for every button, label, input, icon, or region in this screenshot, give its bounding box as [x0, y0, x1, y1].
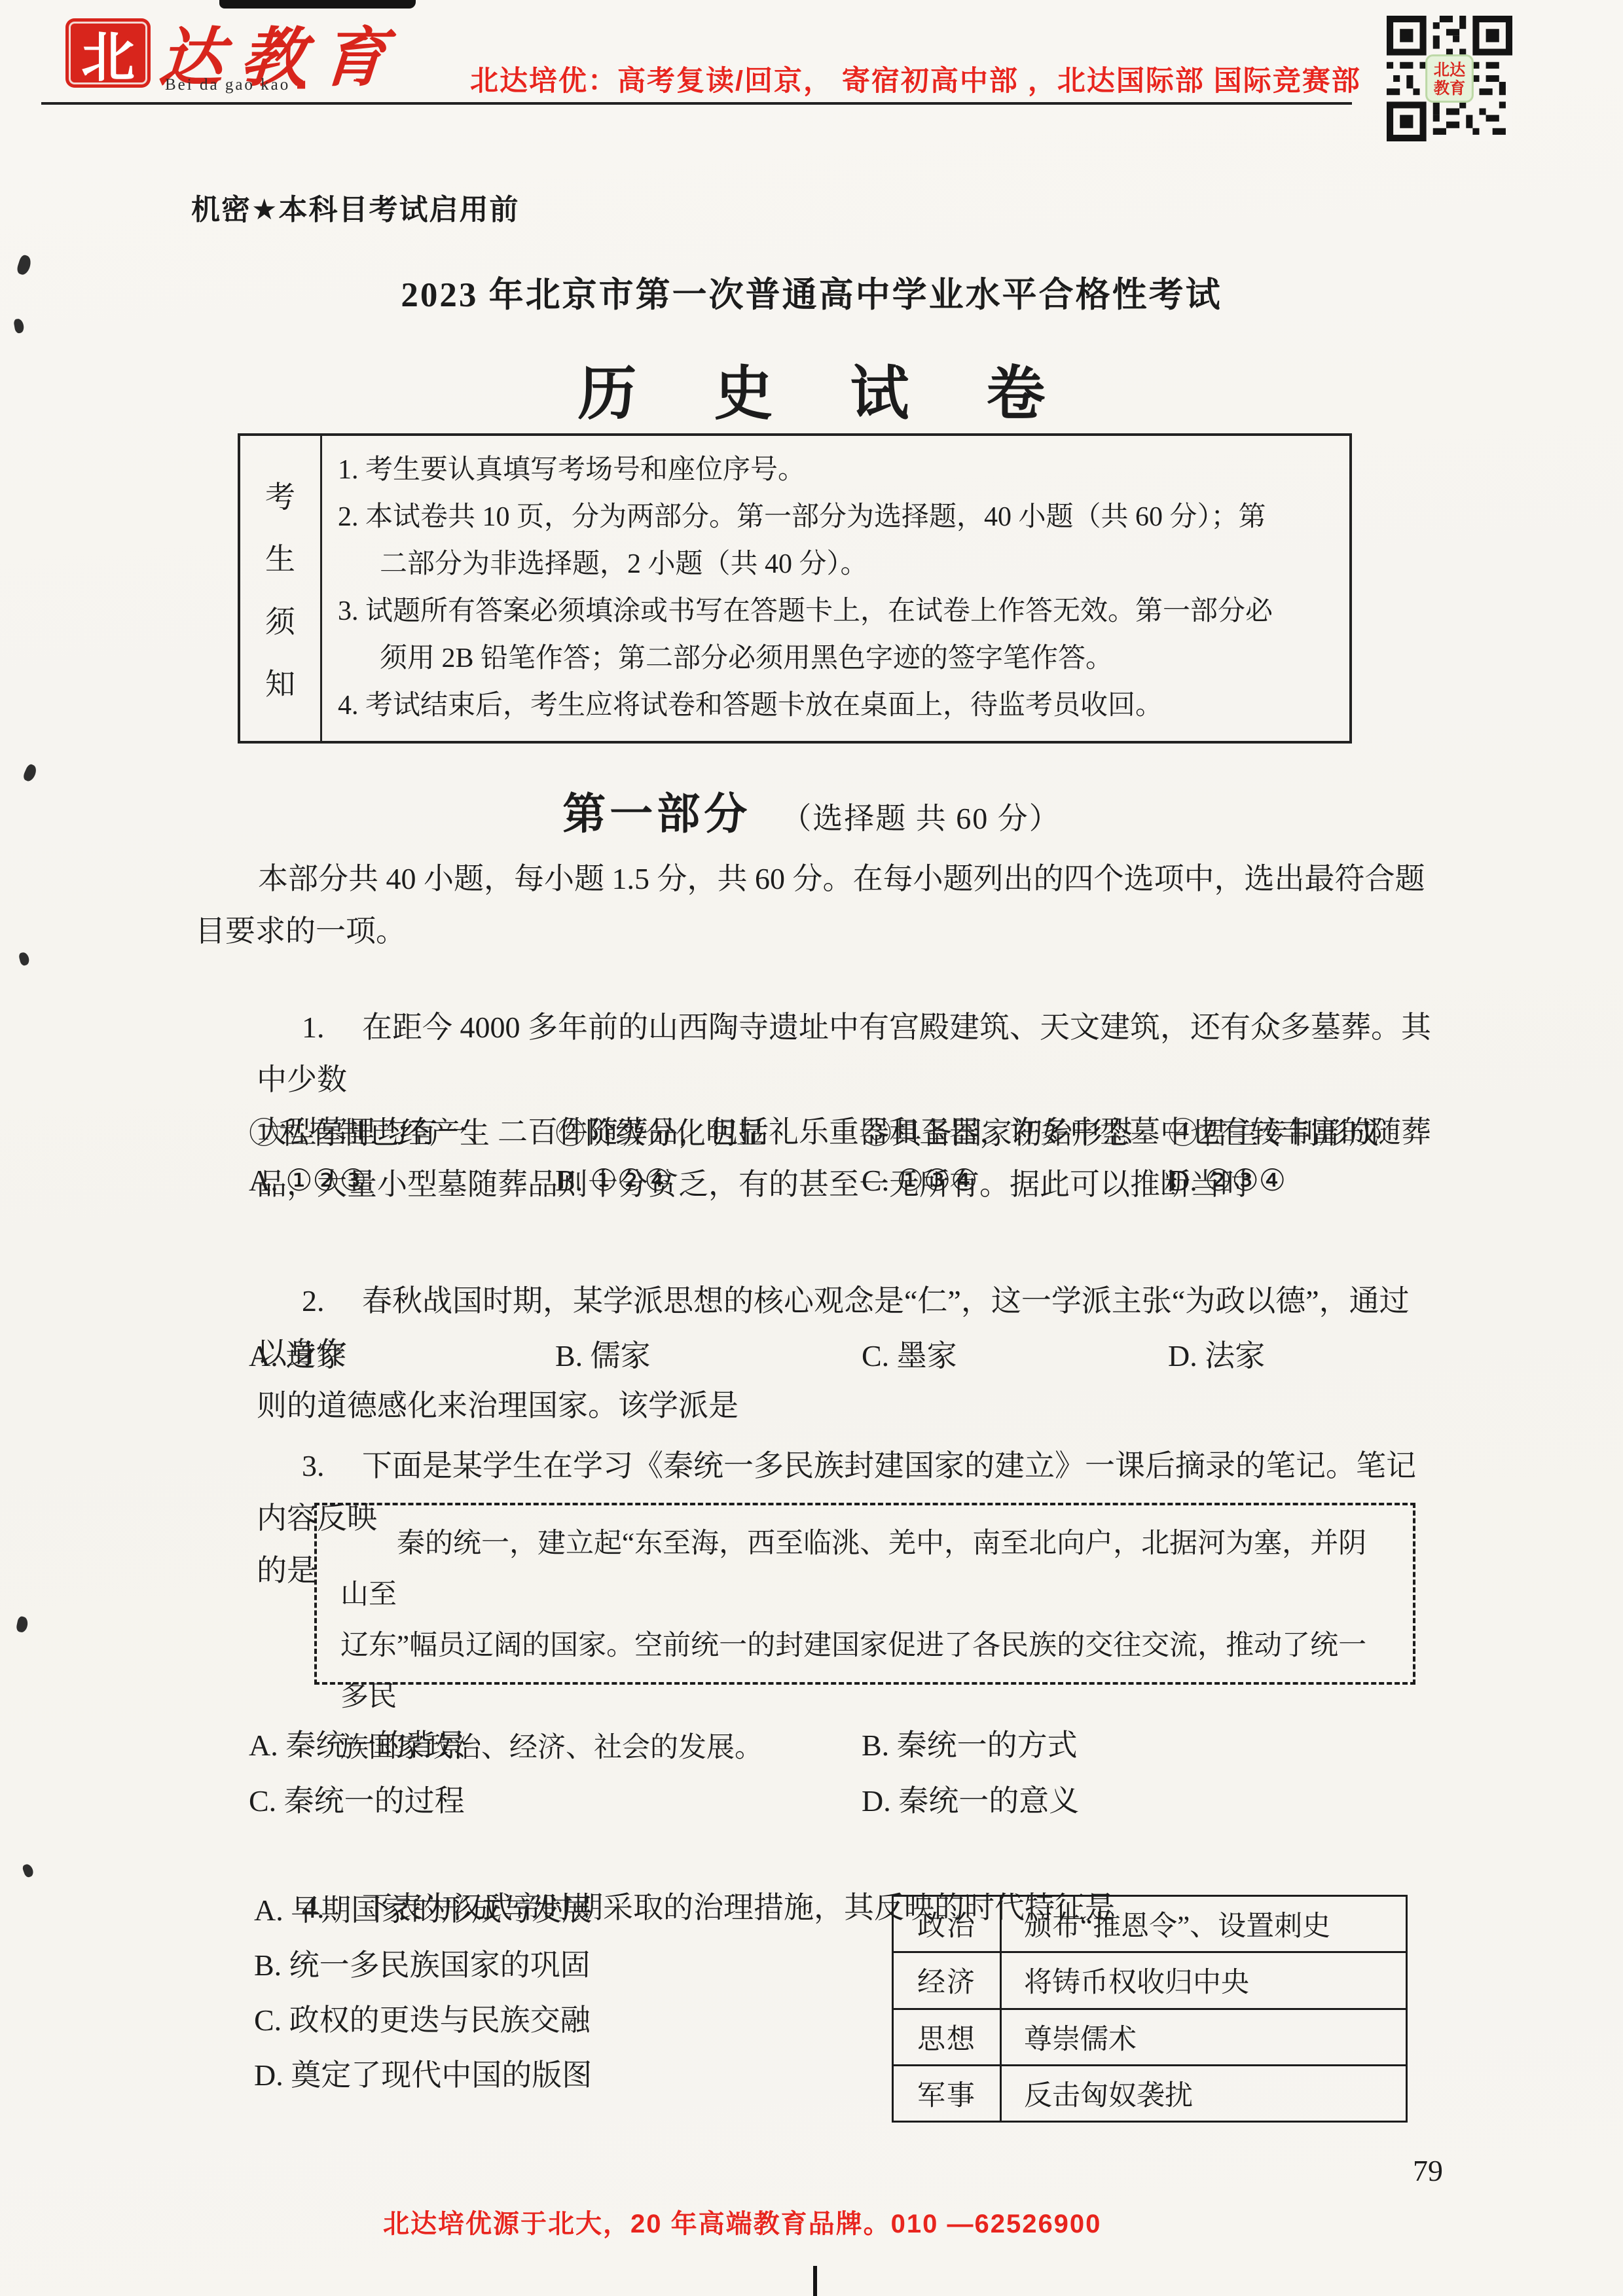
- exam-title: 2023 年北京市第一次普通高中学业水平合格性考试: [0, 267, 1623, 317]
- red-square-mark: ■: [297, 76, 308, 94]
- beida-seal-icon: 北: [65, 18, 151, 88]
- scan-speck: [22, 1863, 35, 1878]
- table-row-value: 颁布“推恩令”、设置刺史: [1001, 1896, 1407, 1952]
- question-1-options: A. ①②③ B. ①②④ C. ①③④ D. ②③④: [0, 1162, 1623, 1215]
- question-number: 2.: [302, 1275, 362, 1327]
- table-row: 思想 尊崇儒术: [893, 2009, 1407, 2065]
- table-row-value: 反击匈奴袭扰: [1001, 2065, 1407, 2121]
- table-row-label: 经济: [893, 1952, 1001, 2009]
- option-b: B. 秦统一的方式: [862, 1721, 1078, 1765]
- page-number: 79: [1413, 2153, 1443, 2188]
- option-a: A. 道家: [249, 1332, 346, 1375]
- question-3-note-box: 秦的统一，建立起“东至海，西至临洮、羌中，南至北向户，北据河为塞，并阴山至 辽东…: [314, 1503, 1415, 1685]
- exam-paper-page: 北 达教育 Bei da gao kao ■ 北达培优：高考复读/回京， 寄宿初…: [0, 0, 1623, 2296]
- question-3-options-row2: C. 秦统一的过程 D. 秦统一的意义: [0, 1777, 1623, 1829]
- suboption-1: ①私有制已经产生: [249, 1109, 490, 1153]
- option-b: B. ①②④: [555, 1162, 671, 1198]
- table-row-value: 尊崇儒术: [1001, 2009, 1407, 2065]
- option-a: A. 秦统一的背景: [249, 1721, 466, 1765]
- notice-item: 2. 本试卷共 10 页，分为两部分。第一部分为选择题，40 小题（共 60 分…: [338, 493, 1332, 588]
- qr-center-label-2: 教育: [1434, 79, 1466, 98]
- option-c: C. 墨家: [862, 1332, 957, 1375]
- option-d: D. 法家: [1168, 1332, 1265, 1375]
- scan-speck: [13, 318, 25, 334]
- notice-item: 3. 试题所有答案必须填涂或书写在答题卡上，在试卷上作答无效。第一部分必 须用 …: [338, 588, 1332, 682]
- suboption-4: ④君主专制形成: [1168, 1109, 1379, 1153]
- table-row-value: 将铸币权收归中央: [1001, 1952, 1407, 2009]
- table-row: 经济 将铸币权收归中央: [893, 1952, 1407, 2009]
- notice-item: 1. 考生要认真填写考场号和座位序号。: [338, 446, 1332, 493]
- option-a: A. 早期国家的形成与发展: [254, 1886, 592, 1929]
- header-divider: [41, 102, 1352, 105]
- qr-code: 北达 教育: [1387, 16, 1512, 141]
- option-d: D. 奠定了现代中国的版图: [254, 2051, 592, 2094]
- subject-title: 历史试卷: [0, 346, 1623, 431]
- beida-logo-pinyin: Bei da gao kao ■: [165, 76, 308, 94]
- option-c: C. 秦统一的过程: [249, 1777, 465, 1820]
- part1-note: （选择题 共 60 分）: [781, 802, 1061, 835]
- notice-items: 1. 考生要认真填写考场号和座位序号。 2. 本试卷共 10 页，分为两部分。第…: [322, 436, 1349, 741]
- scan-speck: [18, 952, 30, 967]
- classification-label: 机密★本科目考试启用前: [191, 186, 519, 228]
- option-c: C. ①③④: [862, 1162, 977, 1198]
- option-b: B. 统一多民族国家的巩固: [254, 1941, 591, 1984]
- question-3-options-row1: A. 秦统一的背景 B. 秦统一的方式: [0, 1721, 1623, 1774]
- option-a: A. ①②③: [249, 1162, 367, 1198]
- table-row-label: 政治: [893, 1896, 1001, 1952]
- part1-intro: 本部分共 40 小题，每小题 1.5 分，共 60 分。在每小题列出的四个选项中…: [195, 853, 1452, 958]
- header-slogan: 北达培优：高考复读/回京， 寄宿初高中部 ，北达国际部 国际竞赛部: [470, 59, 1361, 99]
- part1-title: 第一部分: [562, 789, 751, 838]
- suboption-3: ③具备国家初始形态: [862, 1109, 1133, 1153]
- question-2-options: A. 道家 B. 儒家 C. 墨家 D. 法家: [0, 1332, 1623, 1384]
- seal-character: 北: [81, 15, 135, 92]
- option-d: D. 秦统一的意义: [862, 1777, 1079, 1820]
- notice-item: 4. 考试结束后，考生应将试卷和答题卡放在桌面上，待监考员收回。: [338, 682, 1332, 729]
- option-c: C. 政权的更迭与民族交融: [254, 1996, 591, 2039]
- table-row: 政治 颁布“推恩令”、设置刺史: [893, 1896, 1407, 1952]
- notice-side-label: 考 生 须 知: [240, 436, 322, 741]
- part1-heading: 第一部分 （选择题 共 60 分）: [0, 779, 1623, 841]
- scan-artifact: [813, 2266, 817, 2296]
- question-number: 3.: [302, 1440, 362, 1492]
- table-row-label: 军事: [893, 2065, 1001, 2121]
- table-row-label: 思想: [893, 2009, 1001, 2065]
- candidate-notice-box: 考 生 须 知 1. 考生要认真填写考场号和座位序号。 2. 本试卷共 10 页…: [238, 433, 1352, 744]
- table-row: 军事 反击匈奴袭扰: [893, 2065, 1407, 2121]
- footer-slogan: 北达培优源于北大，20 年高端教育品牌。010 —62526900: [383, 2203, 1101, 2240]
- qr-center-label-1: 北达: [1434, 62, 1466, 79]
- question-1-suboptions: ①私有制已经产生 ②阶级分化明显 ③具备国家初始形态 ④君主专制形成: [0, 1109, 1623, 1162]
- question-4-table: 政治 颁布“推恩令”、设置刺史 经济 将铸币权收归中央 思想 尊崇儒术 军事 反…: [892, 1895, 1408, 2123]
- question-number: 1.: [302, 1001, 362, 1054]
- question-1: 1.在距今 4000 多年前的山西陶寺遗址中有宫殿建筑、天文建筑，还有众多墓葬。…: [196, 949, 1434, 1263]
- option-d: D. ②③④: [1168, 1162, 1286, 1198]
- option-b: B. 儒家: [555, 1332, 651, 1375]
- suboption-2: ②阶级分化明显: [555, 1109, 766, 1153]
- scan-speck: [16, 1616, 29, 1634]
